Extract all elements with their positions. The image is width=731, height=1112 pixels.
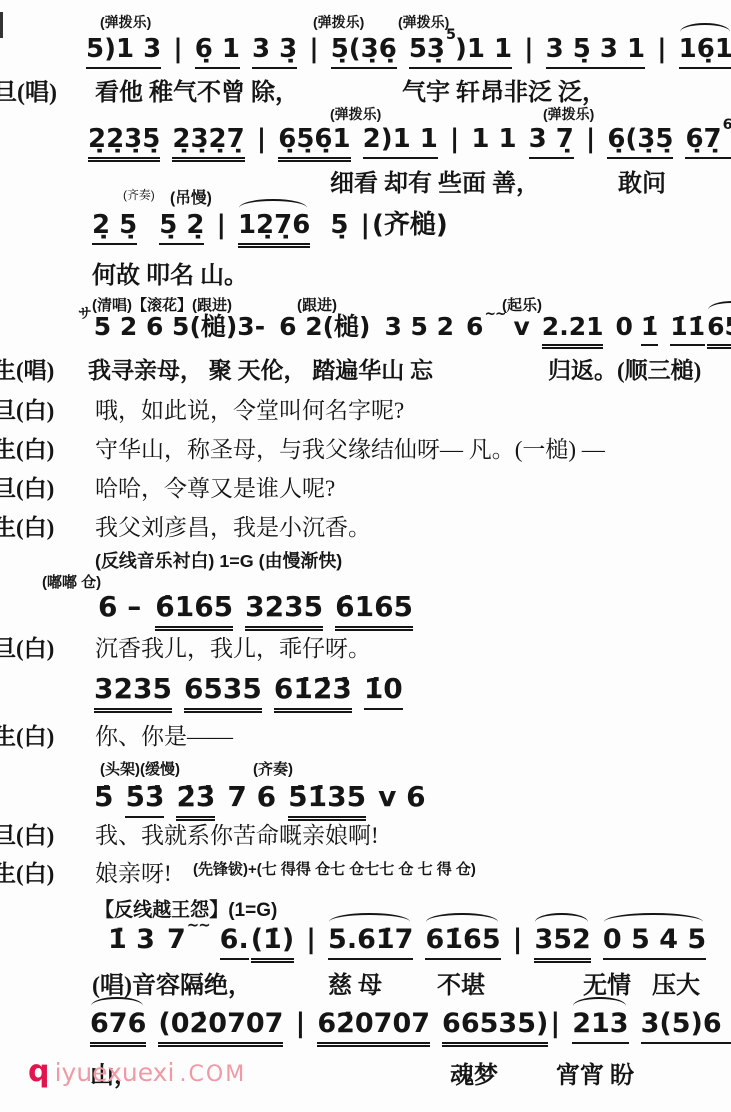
- instrument-annotation: (齐奏): [123, 186, 155, 203]
- music-token: 61̇2̇3̇: [274, 672, 352, 710]
- music-token: 6̣5̣6̣1: [278, 124, 350, 159]
- music-token: 3 5 2: [384, 312, 454, 342]
- music-token: 61̇65: [425, 924, 500, 960]
- music-token: サ: [78, 306, 92, 323]
- instrument-annotation: (吊慢): [170, 186, 212, 208]
- music-token: 1̇1̇: [670, 312, 705, 346]
- music-line: 2̣ 5̣5̣ 2̣|12̣7̣65̣|(齐槌): [92, 210, 460, 254]
- text-segment: 无情: [583, 965, 631, 1000]
- role-label: 旦(白): [0, 470, 54, 503]
- role-label: 旦(唱): [0, 72, 57, 107]
- music-token: 213: [572, 1008, 628, 1044]
- percussion-note: (先锋钹)+(七 得得 仓七 仓七七 仓 七 得 仓): [193, 858, 476, 879]
- music-token: 6̣(3̣5̣: [607, 124, 673, 159]
- music-token: |: [524, 34, 534, 65]
- music-token: 2̣3̣2̣7̣: [172, 124, 244, 159]
- music-token: 0 5 4 5: [603, 924, 706, 960]
- instrument-annotation: (反线音乐衬白) 1=G (由慢渐快): [95, 547, 342, 573]
- music-token: |: [309, 34, 319, 65]
- music-token: 6̣7̣6)6̣ 3̣: [685, 124, 731, 159]
- music-token: v 6: [378, 780, 425, 814]
- music-token: 3 5̣ 3 1: [546, 34, 646, 69]
- music-token: |: [360, 210, 370, 241]
- watermark: q iyuexuexi .COM: [28, 1054, 246, 1089]
- music-line: 676(02̇0707|62̇070766535)|2133(5)6 1̇|5.…: [90, 1008, 731, 1052]
- music-token: |: [550, 1008, 560, 1040]
- music-token: 3235: [245, 590, 323, 628]
- music-token: 6.: [220, 924, 249, 960]
- instrument-annotation: (齐奏): [253, 758, 293, 779]
- text-segment: 娘亲呀!: [95, 855, 172, 888]
- music-token: 1̇0: [364, 672, 403, 710]
- music-token: |: [586, 124, 596, 155]
- text-segment: 宵宵 盼: [556, 1055, 634, 1090]
- text-segment: 归返。(顺三槌): [548, 352, 701, 385]
- text-segment: 看他 稚气不曾 除，: [95, 72, 299, 107]
- text-segment: 哦，如此说，令堂叫何名字呢?: [95, 392, 404, 425]
- music-token: 2.21: [542, 312, 604, 346]
- music-token: 5̣ 2̣: [159, 210, 204, 245]
- music-token: 676: [90, 1008, 146, 1044]
- music-token: 2)1 1: [363, 124, 438, 159]
- music-token: 12̣7̣6: [238, 210, 310, 245]
- music-line: 1̇ 37~~6.(1̇)|5.61̇761̇65|3520 5 4 5: [108, 924, 718, 968]
- music-line: 3235653561̇2̇3̇1̇0: [94, 672, 415, 716]
- text-segment: 何故 叩名 山。: [92, 255, 248, 290]
- music-token: (02̇0707: [158, 1008, 283, 1044]
- role-label: 生(白): [0, 509, 54, 542]
- music-token: |: [173, 34, 183, 65]
- text-segment: (唱)音容隔绝，: [92, 965, 252, 1000]
- music-token: 6535: [184, 672, 262, 710]
- instrument-annotation: (头架)(缓慢): [100, 758, 180, 779]
- role-label: 旦(白): [0, 630, 54, 663]
- text-segment: 你、你是——: [95, 718, 233, 751]
- text-segment: 气宇 轩昂非泛 泛，: [402, 72, 606, 107]
- text-segment: 沉香我儿，我儿，乖仔呀。: [95, 630, 371, 663]
- music-token: 6~~: [466, 312, 505, 342]
- score-page: (弹拨乐)(弹拨乐)(弹拨乐)5)1 3|6̣ 13 3̣|5̣(3̣6̣53̣…: [0, 0, 731, 1112]
- text-segment: 魂梦: [450, 1055, 498, 1090]
- music-token: 1̇ 3: [108, 924, 155, 956]
- music-token: (齐槌): [372, 210, 448, 241]
- music-token: |: [295, 1008, 305, 1040]
- text-segment: 哈哈，令尊又是谁人呢?: [95, 470, 335, 503]
- music-token: 0: [615, 312, 632, 342]
- text-segment: 压大: [652, 965, 700, 1000]
- music-token: (1̇): [251, 924, 294, 960]
- music-token: 7~~: [167, 924, 210, 956]
- music-token: 1̇: [641, 312, 658, 346]
- music-token: 352: [534, 924, 590, 960]
- music-token: 2̇3̇: [176, 780, 215, 818]
- text-segment: 敢问: [618, 163, 666, 198]
- music-token: 53̣5)1 1: [409, 34, 512, 69]
- music-token: 3(5)6 1̇: [641, 1008, 731, 1044]
- music-token: |: [216, 210, 226, 241]
- music-token: v: [514, 312, 530, 342]
- text-segment: 我父刘彦昌，我是小沉香。: [95, 509, 371, 542]
- instrument-annotation: (弹拨乐): [330, 104, 381, 124]
- music-token: 2̣2̣3̣5̣: [88, 124, 160, 159]
- text-segment: 守华山，称圣母，与我父缘结仙呀— 凡。(一槌) —: [95, 431, 605, 464]
- music-token: |: [450, 124, 460, 155]
- text-segment: 不堪: [437, 965, 485, 1000]
- music-token: 5)1 3: [86, 34, 161, 69]
- watermark-q: q: [28, 1054, 49, 1089]
- music-token: 5̣: [330, 210, 348, 241]
- role-label: 生(唱): [0, 352, 54, 385]
- watermark-suffix: .COM: [180, 1062, 247, 1087]
- instrument-annotation: (弹拨乐): [313, 12, 364, 32]
- music-token: 1 1: [471, 124, 516, 155]
- role-label: 生(白): [0, 431, 54, 464]
- music-token: 3 3̣: [252, 34, 297, 69]
- text-segment: 细看 却有 些面 善，: [330, 163, 540, 198]
- music-token: 5̣(3̣6̣: [331, 34, 397, 69]
- music-token: 62̇0707: [317, 1008, 430, 1044]
- watermark-rest: iyuexuexi: [55, 1058, 175, 1087]
- role-label: 生(白): [0, 855, 54, 888]
- music-line: 2̣2̣3̣5̣2̣3̣2̣7̣|6̣5̣6̣12)1 1|1 13 7̣|6̣…: [88, 124, 731, 168]
- instrument-annotation: (弹拨乐): [543, 104, 594, 124]
- music-token: 3 7̣: [529, 124, 574, 159]
- role-label: 旦(白): [0, 817, 54, 850]
- music-token: 5.61̇7: [328, 924, 413, 960]
- music-token: 3235: [94, 672, 172, 710]
- instrument-annotation: (嘟嘟 仓): [42, 571, 101, 592]
- music-token: 5̇1̇35: [288, 780, 366, 818]
- music-token: 6̇165: [155, 590, 233, 628]
- music-token: 6̣ 1: [195, 34, 240, 69]
- edge-fragment: [0, 12, 3, 38]
- role-label: 生(白): [0, 718, 54, 751]
- instrument-annotation: (弹拨乐): [100, 12, 151, 32]
- music-token: 2̣ 5̣: [92, 210, 137, 245]
- music-token: 6 2(槌): [279, 312, 370, 342]
- music-line: サ5 2 6 5(槌)3-6 2(槌)3 5 26~~v2.2101̇1̇1̇6…: [78, 312, 731, 356]
- music-token: |: [513, 924, 523, 956]
- music-token: 6 –: [98, 590, 141, 624]
- music-token: 5 2 6 5(槌)3-: [94, 312, 265, 342]
- music-token: 16̣1: [679, 34, 731, 69]
- music-token: |: [257, 124, 267, 155]
- music-line: 6 –6̇16532356̇165: [98, 590, 425, 634]
- music-token: |: [657, 34, 667, 65]
- music-token: 6̇165: [335, 590, 413, 628]
- music-token: 5̇: [94, 780, 113, 814]
- music-token: 7 6: [227, 780, 276, 814]
- instrument-annotation: (弹拨乐): [398, 12, 449, 32]
- music-token: 653: [707, 312, 731, 346]
- music-token: |: [306, 924, 316, 956]
- role-label: 旦(白): [0, 392, 54, 425]
- text-segment: 我寻亲母， 聚 天伦， 踏遍华山 忘: [88, 352, 433, 385]
- text-segment: 我、我就系你苦命嘅亲娘啊!: [95, 817, 379, 850]
- music-token: 5̇3̇: [125, 780, 164, 818]
- text-segment: 慈 母: [328, 965, 382, 1000]
- music-token: 66535): [442, 1008, 548, 1044]
